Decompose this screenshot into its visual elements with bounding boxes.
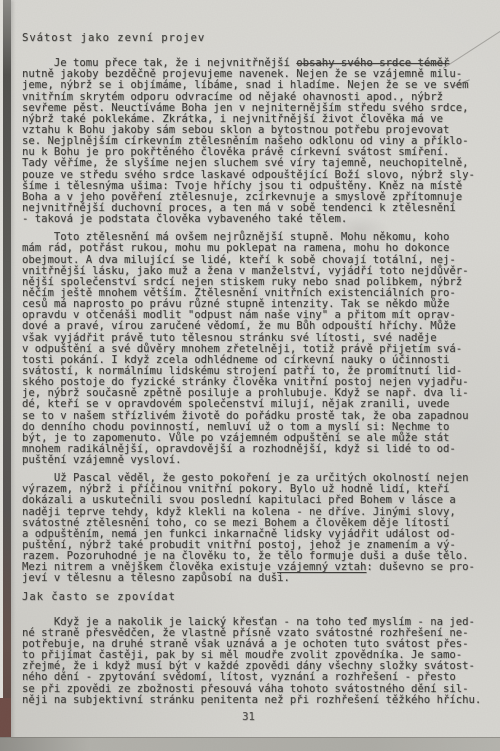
text-line: Jak často se zpovídat [22,592,492,603]
scan-left-edge-shadow [3,0,11,751]
text-segment: Svátost jako zevní projev [22,32,205,44]
text-line: puštění vzájemně vysloví. [22,455,492,466]
underline-text: vzájemný vztah [277,561,366,573]
paragraph: Už Pascal věděl, že gesto pokoření je za… [22,473,492,584]
section-heading: Svátost jako zevní projev [22,33,492,44]
page-number: 31 [0,711,497,723]
text-line: něji na subjektivní stránku penitenta ne… [22,695,492,706]
paragraph: Když je a nakolik je laický křesťan - na… [22,617,492,706]
text-line: jeví v tělesnu a tělesno zapůsobí na duš… [22,573,492,584]
scan-bottom-band [0,737,500,751]
text-line: Svátost jako zevní projev [22,33,492,44]
text-segment: Jak často se zpovídat [22,591,176,603]
scanned-document-page: Svátost jako zevní projev Je tomu přece … [0,0,500,751]
text-segment: : duševno se pro- [366,561,474,573]
text-segment: jeví v tělesnu a tělesno zapůsobí na duš… [22,572,290,584]
document-body: Svátost jako zevní projev Je tomu přece … [22,33,492,713]
paragraph: Je tomu přece tak, že i nejvnitřnější ob… [22,58,492,225]
section-heading: Jak často se zpovídat [22,592,492,603]
text-line: - taková je podstata člověka vybaveného … [22,214,492,225]
paragraph: Toto ztělesnění má ovšem nejrůznější stu… [22,232,492,466]
text-segment: něji na subjektivní stránku penitenta ne… [22,694,481,706]
text-segment: - taková je podstata člověka vybaveného … [22,213,347,225]
text-segment: puštění vzájemně vysloví. [22,454,181,466]
